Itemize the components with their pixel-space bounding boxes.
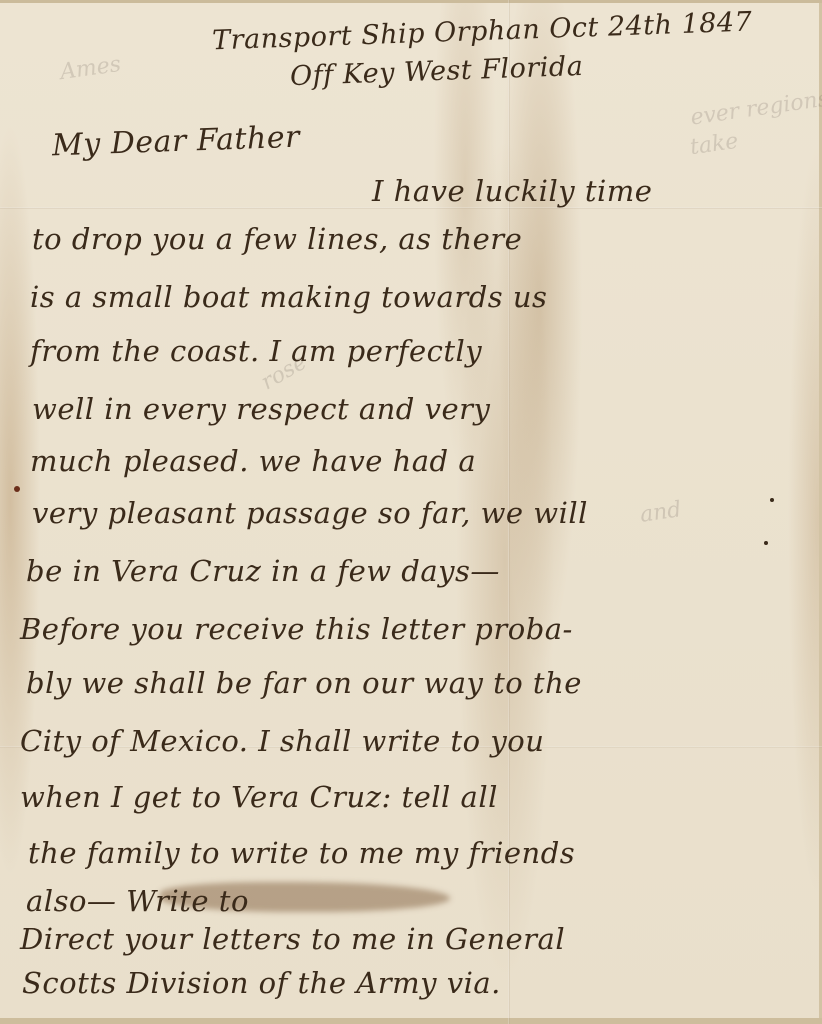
letter-line: Before you receive this letter proba- (20, 612, 573, 646)
letter-line: be in Vera Cruz in a few days— (26, 554, 500, 588)
salutation: My Dear Father (51, 120, 300, 164)
ink-dot (770, 498, 774, 502)
letter-line: well in every respect and very (32, 392, 490, 426)
letter-heading-place-date: Transport Ship Orphan Oct 24th 1847 (212, 7, 753, 57)
letter-line: City of Mexico. I shall write to you (20, 724, 544, 758)
ink-spot (14, 486, 20, 492)
letter-line: Direct your letters to me in General (20, 922, 565, 956)
letter-line: is a small boat making towards us (30, 280, 547, 314)
letter-line: Scotts Division of the Army via. (22, 966, 501, 1000)
letter-line: I have luckily time (372, 174, 652, 208)
ink-dot (764, 541, 768, 545)
bleed-through-text: ever regions (689, 86, 822, 130)
letter-heading-location: Off Key West Florida (290, 51, 584, 92)
letter-line: very pleasant passage so far, we will (32, 496, 588, 530)
letter-line: from the coast. I am perfectly (30, 334, 482, 368)
bleed-through-text: take (688, 129, 739, 160)
letter-line: bly we shall be far on our way to the (26, 666, 582, 700)
letter-line: much pleased. we have had a (30, 444, 476, 478)
letter-line: to drop you a few lines, as there (32, 222, 522, 256)
letter-line: also— Write to (26, 884, 249, 918)
bleed-through-text: and (638, 497, 682, 528)
letter-page: Ames ever regions take rose and Transpor… (0, 0, 822, 1024)
letter-line: when I get to Vera Cruz: tell all (20, 780, 498, 814)
bleed-through-text: Ames (59, 52, 123, 85)
letter-line: the family to write to me my friends (28, 836, 575, 870)
